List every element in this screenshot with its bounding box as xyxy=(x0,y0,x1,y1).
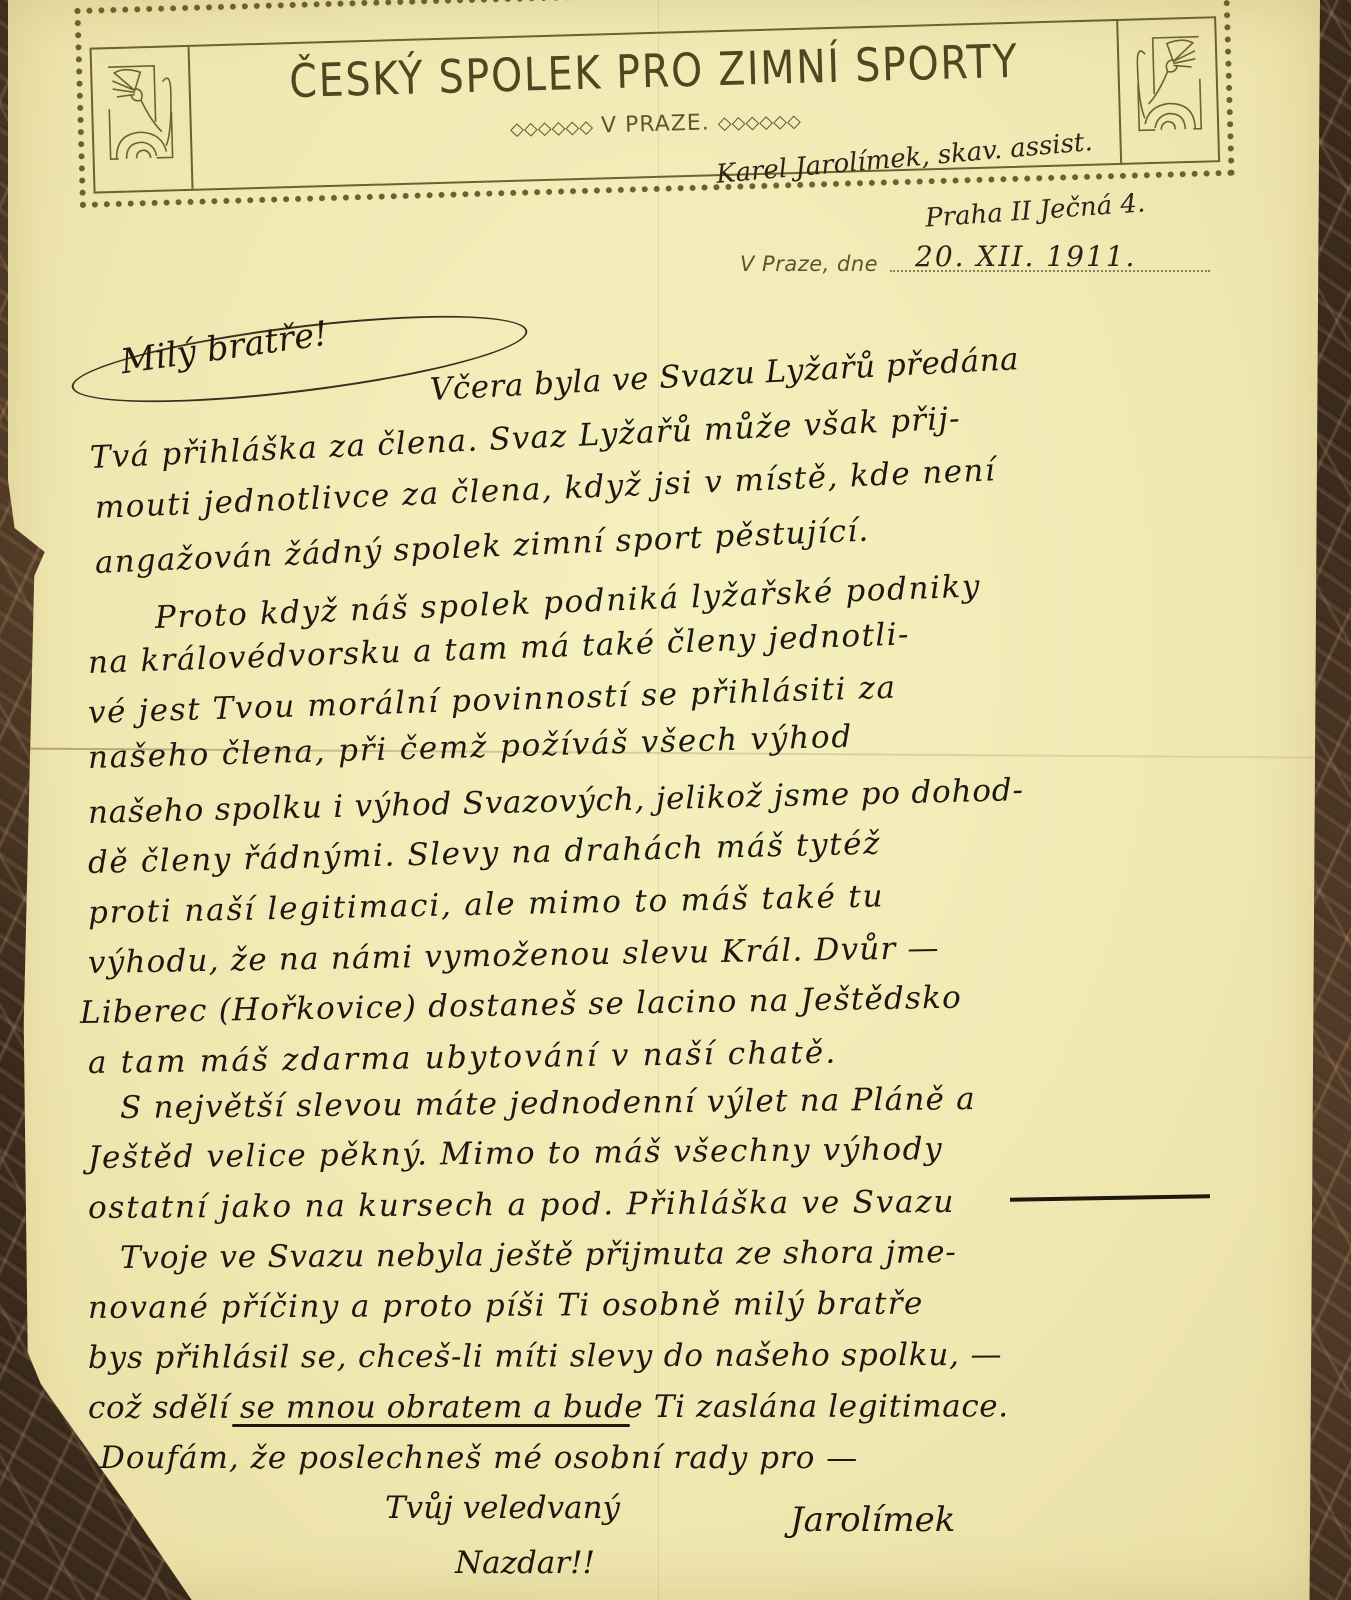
body-line: našeho spolku i výhod Svazových, jelikož… xyxy=(88,772,1024,831)
body-line: Tvoje ve Svazu nebyla ještě přijmuta ze … xyxy=(120,1234,957,1276)
body-line: Doufám, že poslechneš mé osobní rady pro… xyxy=(100,1440,858,1476)
body-line: Liberec (Hořkovice) dostaneš se lacino n… xyxy=(80,980,963,1031)
photo-stage: ČESKÝ SPOLEK PRO ZIMNÍ SPORTY ◇◇◇◇◇◇ V P… xyxy=(0,0,1351,1600)
body-line: výhodu, že na námi vymoženou slevu Král.… xyxy=(88,930,940,981)
underline-emphasis xyxy=(232,1424,630,1427)
body-line: bys přihlásil se, chceš-li míti slevy do… xyxy=(88,1337,1002,1376)
body-line: dě členy řádnými. Slevy na drahách máš t… xyxy=(88,826,882,881)
farewell: Nazdar!! xyxy=(455,1545,595,1581)
body-line: nované příčiny a proto píši Ti osobně mi… xyxy=(88,1286,924,1326)
signature: Jarolímek xyxy=(790,1500,955,1540)
body-line: S největší slevou máte jednodenní výlet … xyxy=(120,1081,976,1126)
body-line: ostatní jako na kursech a pod. Přihláška… xyxy=(88,1184,955,1226)
body-line: což sdělí se mnou obratem a bude Ti zasl… xyxy=(88,1388,1009,1426)
body-line: proti naší legitimaci, ale mimo to máš t… xyxy=(88,878,885,931)
body-line: Ještěd velice pěkný. Mimo to máš všechny… xyxy=(88,1131,944,1176)
body-line: Včera byla ve Svazu Lyžařů předána xyxy=(429,341,1020,408)
body-line: angažován žádný spolek zimní sport pěstu… xyxy=(94,513,870,581)
letter-body: Včera byla ve Svazu Lyžařů předána Tvá p… xyxy=(0,0,1351,1600)
body-line: a tam máš zdarma ubytování v naší chatě. xyxy=(88,1035,838,1081)
valediction: Tvůj veledvaný xyxy=(385,1490,620,1526)
